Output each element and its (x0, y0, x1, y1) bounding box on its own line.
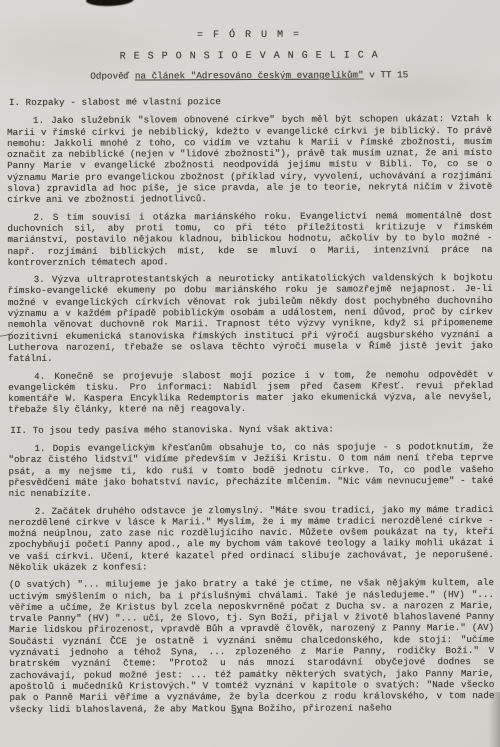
document-subtitle: Odpověď na článek "Adresováno českým eva… (7, 69, 492, 82)
section-2: II. To jsou tedy pasíva mého stanoviska.… (8, 423, 494, 715)
masthead-title: = F Ó R U M = (7, 29, 492, 42)
section-1: I. Rozpaky - slabost mé vlastní pozice 1… (7, 95, 493, 416)
ink-blob-mark (86, 0, 134, 7)
document-title: R E S P O N S I O E V A N G E L I C A (7, 50, 492, 63)
subtitle-underlined-text: na článek "Adresováno českým evangelíkům… (135, 70, 364, 82)
section-1-heading: I. Rozpaky - slabost mé vlastní pozice (9, 95, 492, 108)
paragraph: 1. Dopis evangelickým křesťanům obsahuje… (8, 441, 493, 500)
paragraph: 1. Jako služebník "slovem obnovené církv… (7, 113, 492, 205)
subtitle-suffix: v TT 15 (364, 69, 409, 80)
section-2-heading: II. To jsou tedy pasíva mého stanoviska.… (10, 423, 493, 436)
scanned-page: = F Ó R U M = R E S P O N S I O E V A N … (0, 0, 500, 747)
page-number: 34 (0, 707, 474, 718)
paragraph: 2. Začátek druhého odstavce je zlomyslný… (9, 503, 494, 573)
document-content: = F Ó R U M = R E S P O N S I O E V A N … (7, 29, 495, 719)
subtitle-prefix: Odpověď (90, 71, 135, 82)
paragraph: 3. Výzva ultraprotestantských a neurotic… (8, 272, 493, 364)
paragraph: 2. S tím souvisí i otázka mariánského ro… (7, 210, 492, 269)
confession-quotes-block: (O svatých) "... milujeme je jako bratry… (9, 577, 495, 715)
paragraph: 4. Konečně se projevuje slabost mojí poz… (8, 368, 493, 415)
